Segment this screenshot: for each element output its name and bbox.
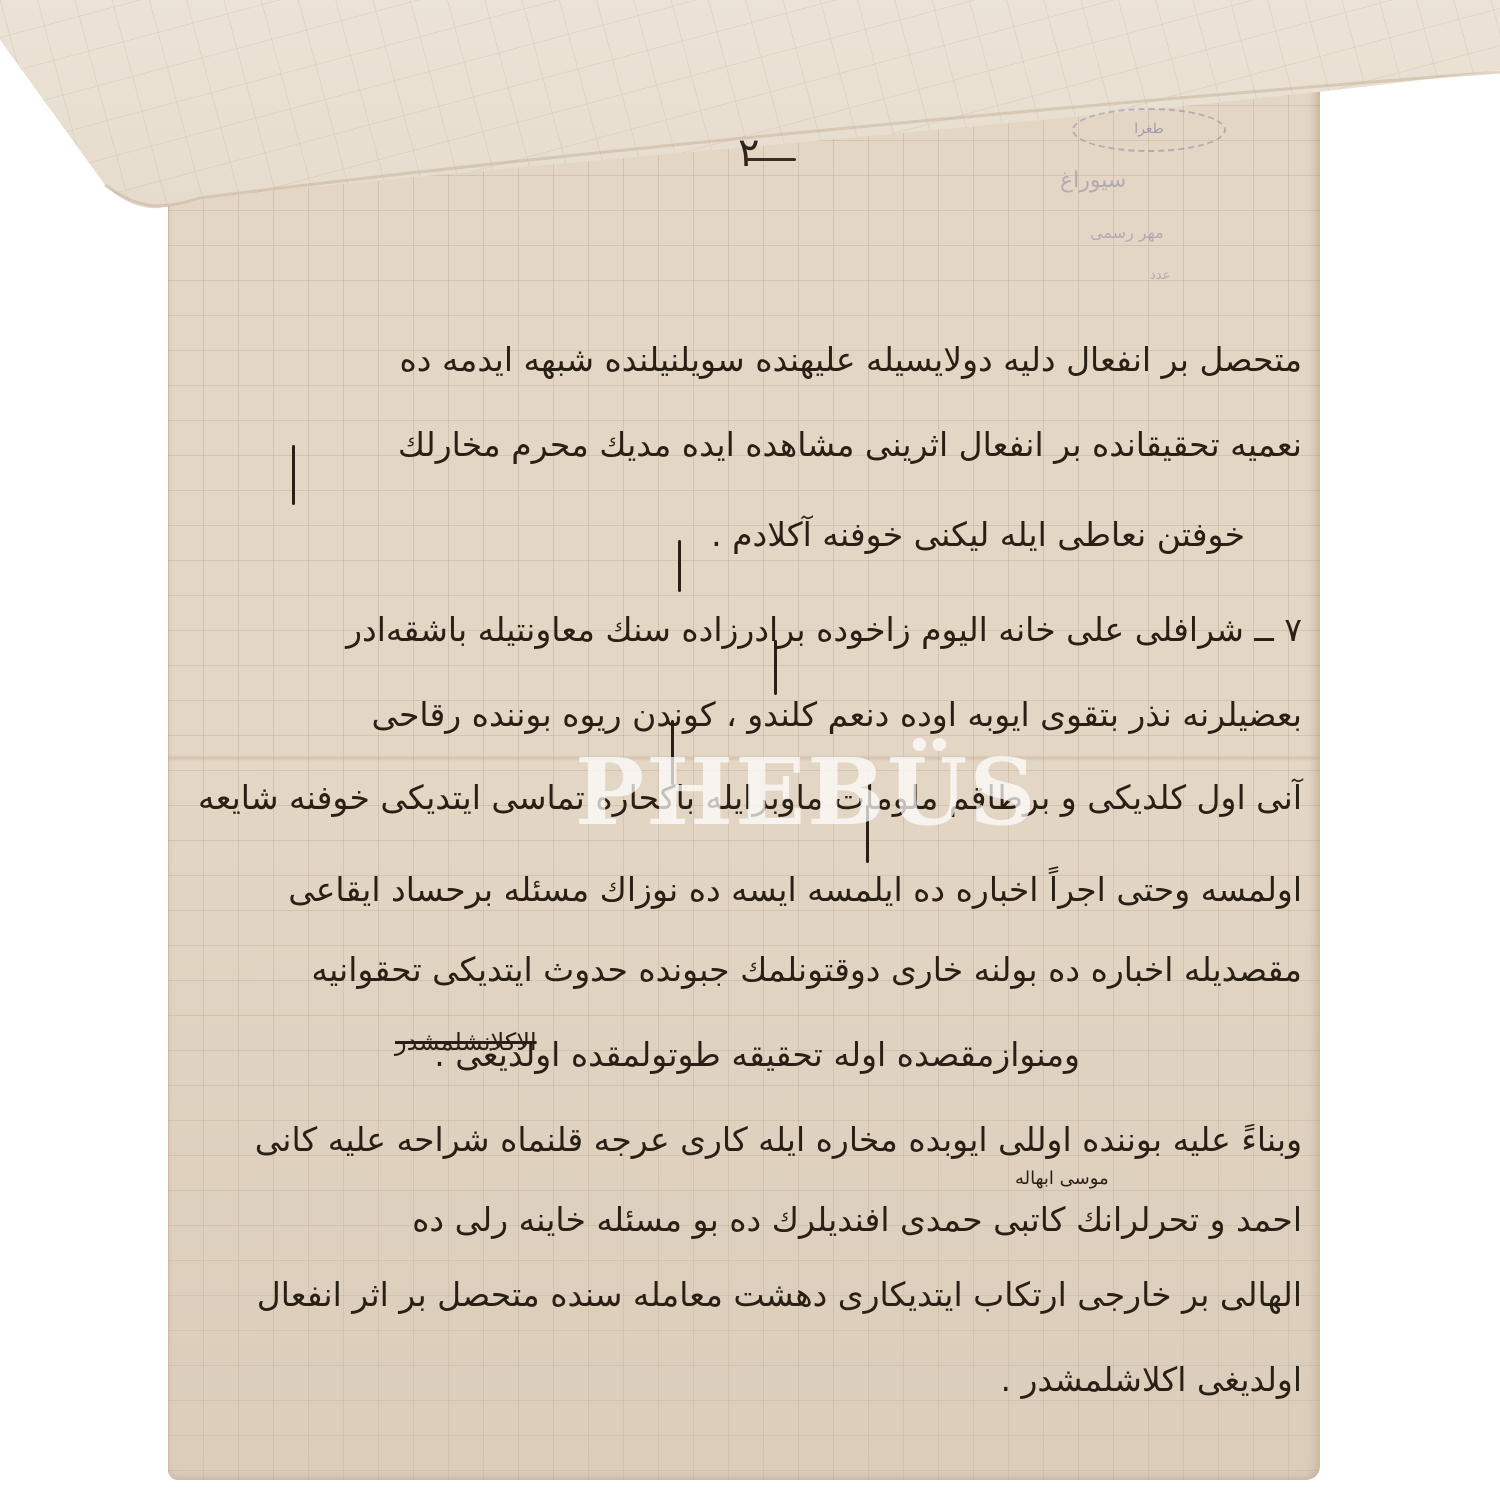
descender-stroke [774,640,777,695]
manuscript-line-5: بعضیلرنه نذر بتقوی ایوبه اوده دنعم کلندو… [372,695,1302,734]
stamp-seal-top: طغرا [1072,108,1226,152]
manuscript-line-2: نعمیه تحقیقانده بر انفعال اثرینی مشاهده … [398,425,1302,464]
stamp-line-2: مهر رسمی [1090,223,1164,242]
stamp-line-3: عدد [1150,268,1170,283]
manuscript-line-12: الهالی بر خارجی ارتکاب ایتدیکاری دهشت مع… [257,1275,1302,1314]
page-number-underline [744,158,796,161]
manuscript-line-10: وبناءً علیه بوننده اوللی ایوبده مخاره ای… [255,1120,1302,1159]
page-number: ٢ [738,130,759,176]
descender-stroke [292,445,295,505]
interlinear-insertion: موسی ابهاله [1015,1168,1109,1189]
manuscript-line-1: متحصل بر انفعال دلیه دولایسیله علیهنده س… [399,340,1302,379]
manuscript-line-8: مقصدیله اخباره ده بولنه خاری دوقتونلمك ج… [311,950,1302,989]
descender-stroke [678,540,681,592]
stamp-line-1: سیوراغ [1060,168,1126,193]
manuscript-line-3: خوفتن نعاطی ایله لیکنی خوفنه آکلادم . [711,515,1245,554]
manuscript-line-7: اولمسه وحتی اجراً اخباره ده ایلمسه ایسه … [288,870,1302,909]
manuscript-line-13: اولدیغی اکلاشلمشدر . [1001,1360,1302,1399]
official-stamp: طغرا سیوراغ مهر رسمی عدد [1060,108,1290,318]
manuscript-line-11: احمد و تحرلرانك کاتبی حمدی افندیلرك ده ب… [412,1200,1302,1239]
watermark: PHEBÜS [575,738,1038,846]
manuscript-line-4: ٧ ــ شرافلی علی خانه الیوم زاخوده برادرز… [346,610,1302,649]
struck-out-text: الاکلانشلمشدر [395,1028,537,1056]
